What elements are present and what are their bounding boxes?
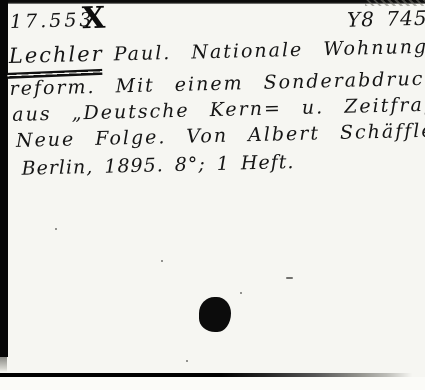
paper-speck: [161, 260, 163, 262]
paper-speck: [286, 277, 293, 279]
scanned-catalog-card: 17.553. X Y8 745 LechlerPaul. Nationale …: [0, 0, 425, 390]
ink-dot: [199, 297, 231, 332]
classification-stamp-x: X: [82, 1, 106, 37]
paper-speck: [55, 228, 57, 230]
entry-line-author-title: LechlerPaul. Nationale Wohnungs-: [9, 33, 425, 68]
paper-speck: [240, 292, 242, 294]
shelfmark: Y8 745: [347, 6, 425, 32]
author-name: Lechler: [9, 42, 104, 68]
paper-speck: [186, 360, 188, 362]
entry-imprint-line: Berlin, 1895. 8°; 1 Heft.: [21, 151, 294, 180]
title-start: Paul. Nationale Wohnungs-: [113, 35, 425, 65]
